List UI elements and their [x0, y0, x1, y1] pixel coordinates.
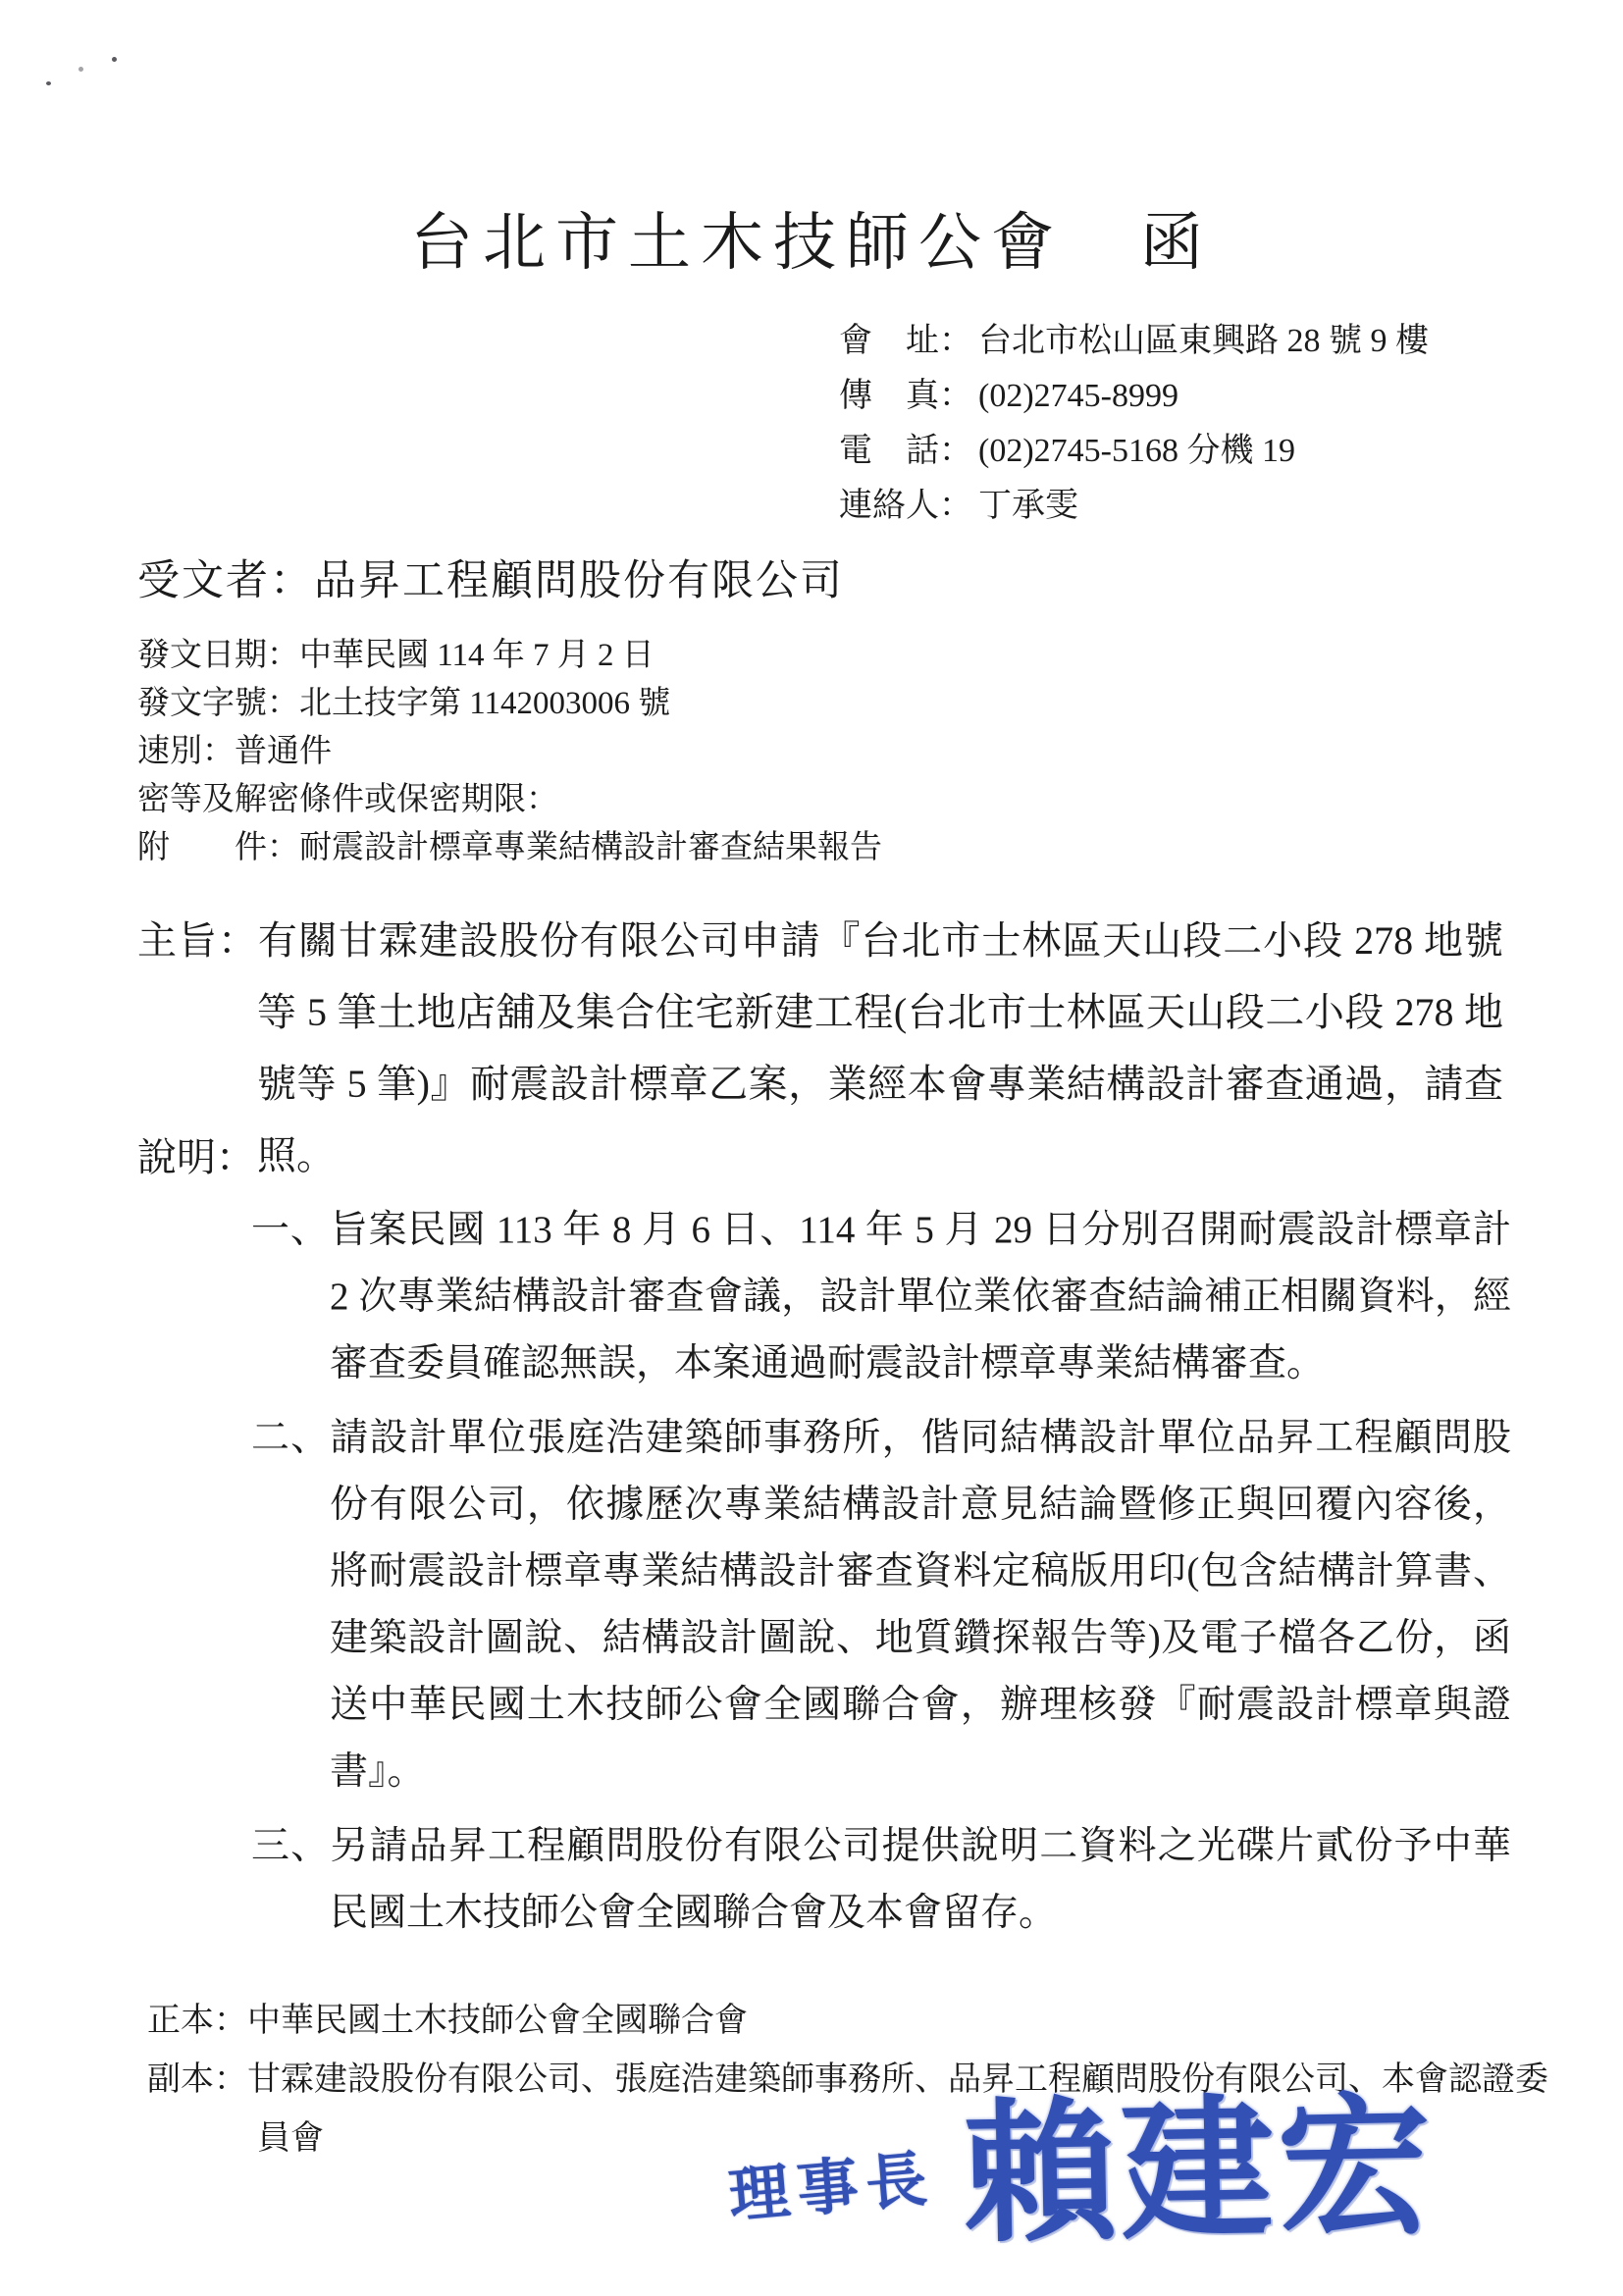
original-copy-label: 正本： — [147, 2003, 247, 2039]
scan-speck — [112, 57, 117, 62]
chairman-name: 賴建宏 — [963, 2092, 1437, 2253]
item-number: 二、 — [251, 1417, 330, 1459]
contact-block: 會 址：台北市松山區東興路 28 號 9 樓 傳 真：(02)2745-8999… — [839, 314, 1429, 534]
meta-date-value: 中華民國 114 年 7 月 2 日 — [299, 638, 654, 673]
contact-phone-value: (02)2745-5168 分機 19 — [978, 433, 1295, 469]
subject-paragraph: 主旨：有關甘霖建設股份有限公司申請『台北市士林區天山段二小段 278 地號等 5… — [137, 905, 1503, 1191]
meta-security: 密等及解密條件或保密期限： — [137, 776, 882, 824]
contact-phone: 電 話：(02)2745-5168 分機 19 — [839, 424, 1429, 479]
contact-address-value: 台北市松山區東興路 28 號 9 樓 — [978, 323, 1429, 359]
meta-block: 發文日期：中華民國 114 年 7 月 2 日 發文字號：北土技字第 11420… — [137, 632, 882, 872]
explanation-item-1: 一、旨案民國 113 年 8 月 6 日、114 年 5 月 29 日分別召開耐… — [251, 1197, 1511, 1397]
original-copy-value: 中華民國土木技師公會全國聯合會 — [247, 2003, 748, 2039]
original-copy-line: 正本：中華民國土木技師公會全國聯合會 — [147, 1992, 1552, 2051]
recipient-label: 受文者： — [137, 558, 314, 604]
chairman-title: 理事長 — [725, 2129, 938, 2234]
meta-date: 發文日期：中華民國 114 年 7 月 2 日 — [137, 632, 882, 680]
contact-phone-label: 電 話： — [839, 424, 978, 479]
letter-title: 台北市土木技師公會函 — [0, 192, 1623, 283]
contact-address-label: 會 址： — [839, 314, 978, 369]
contact-person-label: 連絡人： — [839, 479, 978, 534]
meta-speed-value: 普通件 — [235, 734, 332, 769]
meta-speed: 速別：普通件 — [137, 728, 882, 776]
chairman-signature-stamp: 理事長 賴建宏 — [727, 2092, 1437, 2258]
contact-person: 連絡人：丁承雯 — [839, 479, 1429, 534]
meta-security-label: 密等及解密條件或保密期限： — [137, 782, 558, 817]
explanation-item-2: 二、請設計單位張庭浩建築師事務所，偕同結構設計單位品昇工程顧問股份有限公司，依據… — [251, 1405, 1511, 1805]
meta-date-label: 發文日期： — [137, 638, 299, 673]
meta-speed-label: 速別： — [137, 734, 235, 769]
contact-address: 會 址：台北市松山區東興路 28 號 9 樓 — [839, 314, 1429, 369]
org-name: 台北市土木技師公會 — [410, 208, 1064, 278]
meta-number: 發文字號：北土技字第 1142003006 號 — [137, 680, 882, 728]
meta-attachment: 附 件：耐震設計標章專業結構設計審查結果報告 — [137, 824, 882, 872]
explanation-label: 說明： — [137, 1126, 255, 1182]
scan-speck — [79, 67, 83, 72]
recipient-value: 品昇工程顧問股份有限公司 — [314, 558, 844, 604]
item-text: 旨案民國 113 年 8 月 6 日、114 年 5 月 29 日分別召開耐震設… — [330, 1209, 1511, 1384]
contact-fax: 傳 真：(02)2745-8999 — [839, 369, 1429, 424]
explanation-item-3: 三、另請品昇工程顧問股份有限公司提供說明二資料之光碟片貳份予中華民國土木技師公會… — [251, 1813, 1511, 1947]
item-text: 另請品昇工程顧問股份有限公司提供說明二資料之光碟片貳份予中華民國土木技師公會全國… — [330, 1825, 1511, 1934]
contact-fax-label: 傳 真： — [839, 369, 978, 424]
item-number: 三、 — [251, 1825, 330, 1867]
carbon-copy-label: 副本： — [147, 2061, 247, 2098]
subject-text: 有關甘霖建設股份有限公司申請『台北市士林區天山段二小段 278 地號等 5 筆土… — [257, 918, 1503, 1177]
item-number: 一、 — [251, 1209, 330, 1251]
scan-speck — [46, 81, 51, 85]
explanation-items: 一、旨案民國 113 年 8 月 6 日、114 年 5 月 29 日分別召開耐… — [251, 1197, 1511, 1955]
subject-label: 主旨： — [137, 918, 258, 963]
meta-number-value: 北土技字第 1142003006 號 — [299, 686, 670, 721]
contact-person-value: 丁承雯 — [978, 488, 1078, 524]
meta-attachment-label: 附 件： — [137, 830, 299, 865]
item-text: 請設計單位張庭浩建築師事務所，偕同結構設計單位品昇工程顧問股份有限公司，依據歷次… — [330, 1417, 1511, 1793]
doc-type-label: 函 — [1140, 208, 1213, 278]
contact-fax-value: (02)2745-8999 — [978, 378, 1178, 414]
recipient-line: 受文者：品昇工程顧問股份有限公司 — [137, 548, 844, 607]
meta-attachment-value: 耐震設計標章專業結構設計審查結果報告 — [299, 830, 882, 865]
meta-number-label: 發文字號： — [137, 686, 299, 721]
